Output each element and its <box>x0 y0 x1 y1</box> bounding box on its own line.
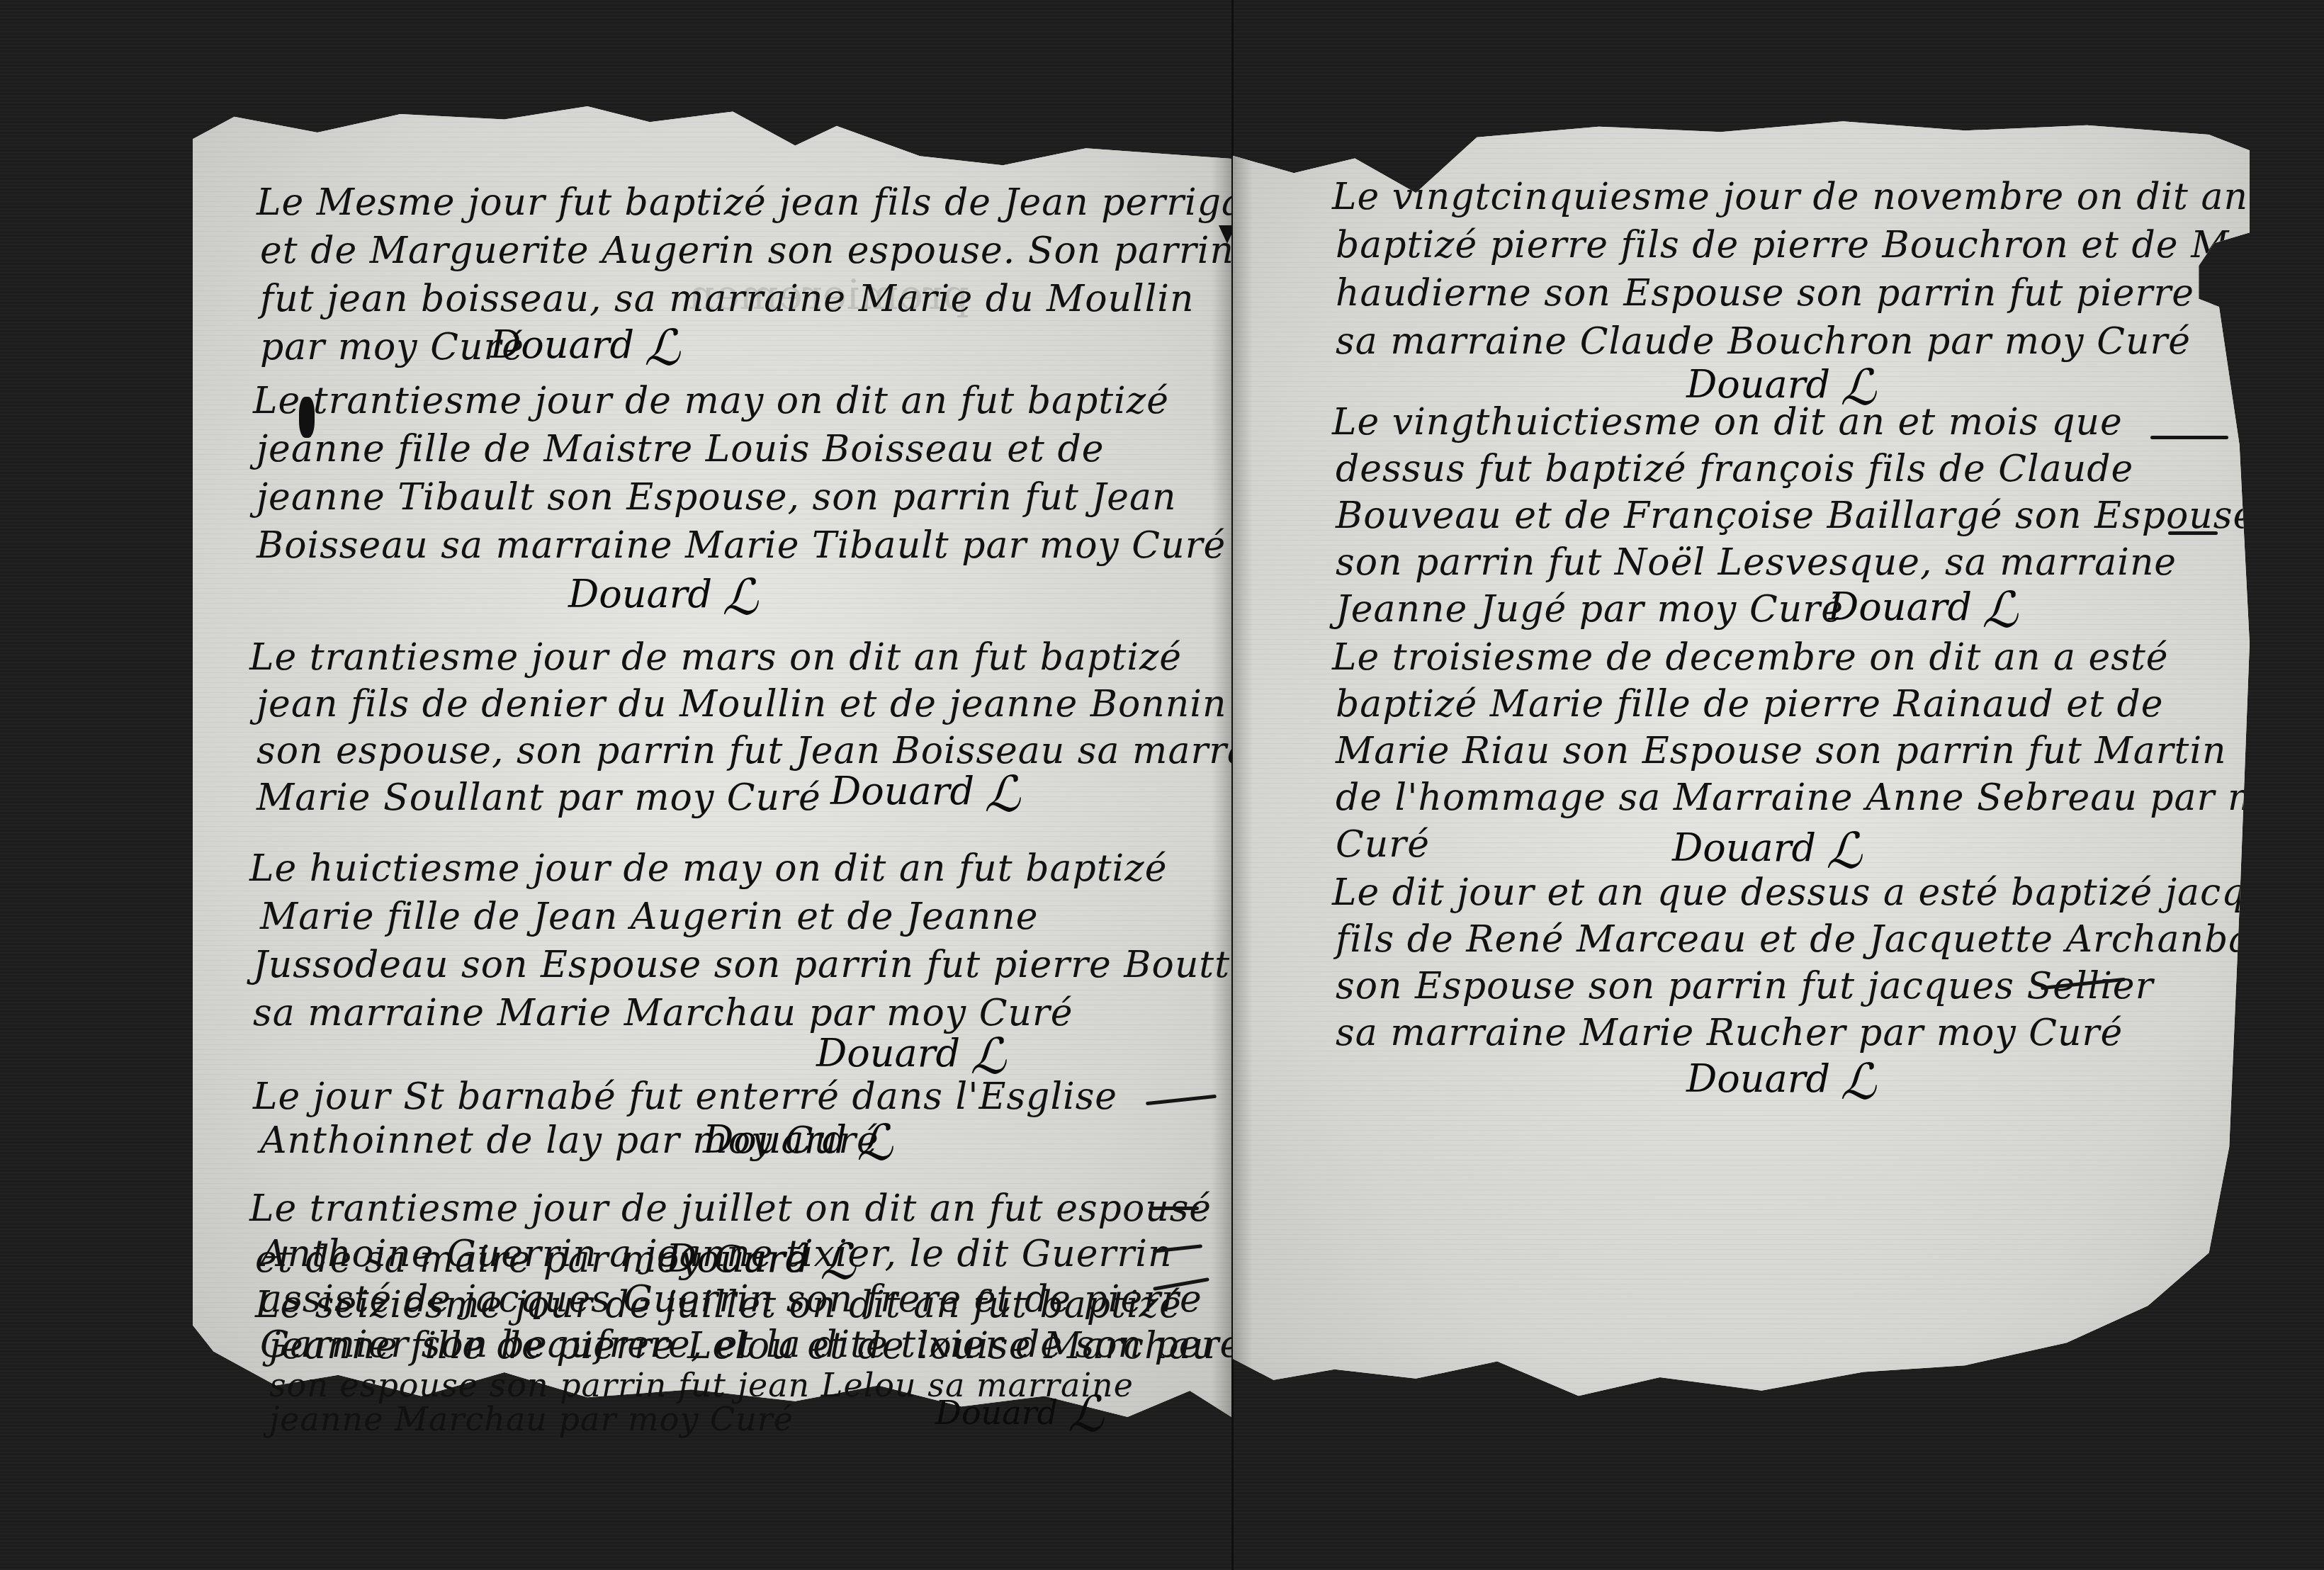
entry-line: Jussodeau son Espouse son parrin fut pie… <box>253 947 1271 983</box>
cure-signature: Douardℒ <box>568 568 758 626</box>
signature-name: Douard <box>666 1236 810 1281</box>
entry-line: son Espouse son parrin fut jacques Selli… <box>1336 968 2154 1005</box>
entry-line: Le seiziesme jour de juillet on dit an f… <box>255 1287 1182 1323</box>
entry-line: jeanne Tibault son Espouse, son parrin f… <box>256 479 1177 516</box>
entry-line: de l'hommage sa Marraine Anne Sebreau pa… <box>1336 779 2308 816</box>
margin-dash-mark <box>1146 1095 1217 1105</box>
entry-line: Jeanne Jugé par moy Curé <box>1336 591 1844 628</box>
left-page: premieremen Le Mesme jour fut baptizé je… <box>193 106 1231 1417</box>
paraph-flourish-icon: ℒ <box>1068 1385 1103 1443</box>
entry-line: Le trantiesme jour de may on dit an fut … <box>253 383 1169 419</box>
cure-signature: Douardℒ <box>830 765 1020 823</box>
entry-line: baptizé Marie fille de pierre Rainaud et… <box>1336 686 2164 723</box>
entry-line: Le dit jour et an que dessus a esté bapt… <box>1332 874 2312 911</box>
entry-line: sa marraine Marie Rucher par moy Curé <box>1336 1015 2123 1051</box>
paraph-flourish-icon: ℒ <box>1840 1053 1875 1111</box>
entry-line: Bouveau et de Françoise Baillargé son Es… <box>1336 497 2255 534</box>
entry-line: fils de René Marceau et de Jacquette Arc… <box>1336 921 2303 958</box>
paraph-flourish-icon: ℒ <box>857 1114 892 1172</box>
entry-line: Curé <box>1336 826 1430 863</box>
entry-line: Le trantiesme jour de mars on dit an fut… <box>249 639 1182 676</box>
entry-line: jean fils de denier du Moullin et de jea… <box>256 686 1226 723</box>
signature-name: Douard <box>935 1394 1058 1432</box>
cure-signature: Douardℒ <box>490 319 680 377</box>
right-page: Le vingtcinquiesme jour de novembre on d… <box>1233 113 2250 1438</box>
margin-dash-mark <box>2150 436 2228 439</box>
paraph-flourish-icon: ℒ <box>820 1233 855 1291</box>
signature-name: Douard <box>1828 584 1972 629</box>
signature-name: Douard <box>703 1117 847 1162</box>
entry-line: son parrin fut Noël Lesvesque, sa marrai… <box>1336 544 2177 581</box>
entry-line: haudierne son Espouse son parrin fut pie… <box>1336 275 2324 312</box>
signature-name: Douard <box>490 322 634 367</box>
signature-name: Douard <box>1686 1056 1830 1101</box>
paraph-flourish-icon: ℒ <box>722 568 757 626</box>
paraph-flourish-icon: ℒ <box>984 765 1020 823</box>
page-fold-shadow <box>1233 113 1253 1438</box>
entry-line: jeanne fille de Maistre Louis Boisseau e… <box>256 431 1105 468</box>
paraph-flourish-icon: ℒ <box>1982 581 2017 639</box>
ink-blot <box>299 397 315 438</box>
entry-line: fut jean boisseau, sa marraine Marie du … <box>260 281 1194 317</box>
margin-dash-mark <box>2168 531 2218 535</box>
signature-name: Douard <box>1672 825 1816 870</box>
entry-line: sa marraine Claude Bouchron par moy Curé <box>1336 323 2191 360</box>
cure-signature: Douardℒ <box>703 1114 893 1172</box>
entry-line: Le vingthuictiesme on dit an et mois que <box>1332 404 2123 441</box>
cure-signature: Douardℒ <box>935 1385 1103 1443</box>
margin-dash-mark <box>1149 1207 1199 1210</box>
entry-line: par moy Curé <box>260 329 524 366</box>
entry-line: Le huictiesme jour de may on dit an fut … <box>249 850 1167 887</box>
entry-line: et de Marguerite Augerin son espouse. So… <box>260 232 1234 269</box>
entry-line: Le Mesme jour fut baptizé jean fils de J… <box>256 184 1297 221</box>
entry-line: dessus fut baptizé françois fils de Clau… <box>1336 451 2133 487</box>
entry-line: Le troisiesme de decembre on dit an a es… <box>1332 639 2169 676</box>
entry-line: Le vingtcinquiesme jour de novembre on d… <box>1332 179 2315 215</box>
entry-line: baptizé pierre fils de pierre Bouchron e… <box>1336 227 2306 264</box>
cure-signature: Douardℒ <box>1828 581 2018 639</box>
entry-line: Boisseau sa marraine Marie Tibault par m… <box>256 527 1226 564</box>
signature-name: Douard <box>830 769 974 813</box>
signature-name: Douard <box>816 1031 960 1075</box>
entry-line: son espouse, son parrin fut Jean Boissea… <box>256 733 1309 769</box>
signature-name: Douard <box>568 572 712 616</box>
cure-signature: Douardℒ <box>666 1233 856 1291</box>
cure-signature: Douardℒ <box>1686 1053 1876 1111</box>
entry-line: Le trantiesme jour de juillet on dit an … <box>249 1190 1212 1227</box>
entry-line: jeanne Marchau par moy Curé <box>269 1403 794 1435</box>
signature-name: Douard <box>1686 362 1830 407</box>
entry-line: Marie Riau son Espouse son parrin fut Ma… <box>1336 733 2227 769</box>
entry-line: Le jour St barnabé fut enterré dans l'Es… <box>253 1078 1117 1115</box>
paraph-flourish-icon: ℒ <box>644 319 679 377</box>
entry-line: sa marraine Marie Marchau par moy Curé <box>253 995 1073 1032</box>
entry-line: Marie Soullant par moy Curé <box>256 779 821 816</box>
entry-line: jeanne fille de pierre Lelou et de louis… <box>269 1328 1216 1365</box>
entry-line: Marie fille de Jean Augerin et de Jeanne <box>260 898 1038 935</box>
